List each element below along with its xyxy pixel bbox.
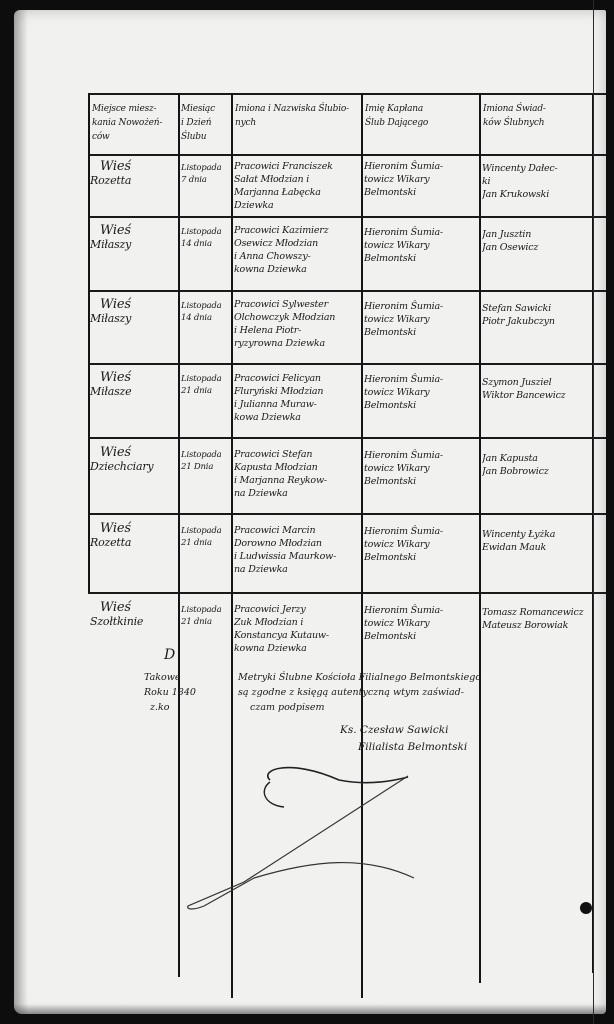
row-6-priest: Hieronim Ŝumia- towicz Wikary Belmontski — [364, 525, 479, 564]
witness-line: Wiktor Bancewicz — [482, 389, 592, 402]
row-6-witnesses: Wincenty Łyżka Ewidan Mauk — [482, 528, 592, 554]
header-witnesses-line: ków Ślubnych — [483, 116, 592, 130]
names-line: kowna Dziewka — [234, 642, 361, 655]
row-4-names: Pracowici Felicyan Fluryński Młodzian i … — [234, 372, 361, 424]
margin-note: Takowe Roku 1840 z.ko — [144, 670, 196, 715]
signature-name: Ks. Czesław Sawicki — [340, 722, 467, 739]
witness-line: Piotr Jakubczyn — [482, 315, 592, 328]
header-place-line: Miejsce miesz- — [92, 102, 178, 116]
priest-line: Belmontski — [364, 399, 479, 412]
witness-line: Stefan Sawicki — [482, 302, 592, 315]
names-line: Zuk Młodzian i — [234, 616, 361, 629]
register-page: Miejsce miesz- kania Nowożeń- ców Miesią… — [14, 10, 606, 1014]
priest-line: Belmontski — [364, 475, 479, 488]
names-line: i Marjanna Reykow- — [234, 474, 361, 487]
names-line: i Ludwissia Maurkow- — [234, 550, 361, 563]
priest-line: Belmontski — [364, 186, 479, 199]
row-7-names: Pracowici Jerzy Zuk Młodzian i Konstancy… — [234, 603, 361, 655]
row-divider-2 — [88, 290, 606, 292]
date-month: Listopada — [181, 300, 231, 312]
header-names-line: Imiona i Nazwiska Ślubio- — [235, 102, 361, 116]
header-place: Miejsce miesz- kania Nowożeń- ców — [92, 102, 178, 144]
names-line: na Dziewka — [234, 563, 361, 576]
date-day: 21 dnia — [181, 616, 231, 628]
priest-line: Belmontski — [364, 551, 479, 564]
witness-line: Wincenty Łyżka — [482, 528, 592, 541]
row-5-priest: Hieronim Ŝumia- towicz Wikary Belmontski — [364, 449, 479, 488]
place-village-name: Miłasze — [90, 385, 178, 399]
names-line: Dziewka — [234, 199, 361, 212]
names-line: Osewicz Młodzian — [234, 237, 361, 250]
priest-line: Belmontski — [364, 252, 479, 265]
margin-initial: D — [164, 648, 175, 663]
names-line: Pracowici Franciszek — [234, 160, 361, 173]
attestation-line: czam podpisem — [238, 700, 481, 715]
priest-line: Hieronim Ŝumia- — [364, 525, 479, 538]
witness-line: Wincenty Dałec- — [482, 162, 592, 175]
names-line: ryzyrowna Dziewka — [234, 337, 361, 350]
row-5-place: Wieś Dziechciary — [90, 445, 178, 474]
row-1-priest: Hieronim Ŝumia- towicz Wikary Belmontski — [364, 160, 479, 199]
priest-line: towicz Wikary — [364, 617, 479, 630]
row-6-date: Listopada 21 dnia — [181, 525, 231, 549]
names-line: Kapusta Młodzian — [234, 461, 361, 474]
table-top-border — [88, 93, 606, 95]
priest-line: towicz Wikary — [364, 239, 479, 252]
row-1-date: Listopada 7 dnia — [181, 162, 231, 186]
row-5-date: Listopada 21 Dnia — [181, 449, 231, 473]
column-border-4 — [479, 93, 481, 983]
priest-line: Hieronim Ŝumia- — [364, 160, 479, 173]
row-2-date: Listopada 14 dnia — [181, 226, 231, 250]
row-3-priest: Hieronim Ŝumia- towicz Wikary Belmontski — [364, 300, 479, 339]
row-1-witnesses: Wincenty Dałec- ki Jan Krukowski — [482, 162, 592, 201]
row-5-names: Pracowici Stefan Kapusta Młodzian i Marj… — [234, 448, 361, 500]
place-village-label: Wieś — [90, 521, 178, 536]
header-bottom-border — [88, 154, 606, 156]
place-village-name: Dziechciary — [90, 460, 178, 474]
place-village-label: Wieś — [90, 600, 178, 615]
place-village-label: Wieś — [90, 223, 178, 238]
names-line: Pracowici Marcin — [234, 524, 361, 537]
row-2-priest: Hieronim Ŝumia- towicz Wikary Belmontski — [364, 226, 479, 265]
row-3-date: Listopada 14 dnia — [181, 300, 231, 324]
header-date: Miesiąc i Dzień Ślubu — [181, 102, 231, 144]
priest-line: Belmontski — [364, 630, 479, 643]
names-line: Dorowno Młodzian — [234, 537, 361, 550]
attestation-text: Metryki Ślubne Kościoła Filialnego Belmo… — [238, 670, 481, 715]
priest-line: Hieronim Ŝumia- — [364, 373, 479, 386]
header-names: Imiona i Nazwiska Ślubio- nych — [235, 102, 361, 130]
priest-line: Hieronim Ŝumia- — [364, 300, 479, 313]
header-witnesses-line: Imiona Świad- — [483, 102, 592, 116]
date-month: Listopada — [181, 525, 231, 537]
row-4-witnesses: Szymon Jusziel Wiktor Bancewicz — [482, 376, 592, 402]
row-4-date: Listopada 21 dnia — [181, 373, 231, 397]
priest-line: Hieronim Ŝumia- — [364, 604, 479, 617]
place-village-label: Wieś — [90, 370, 178, 385]
header-witnesses: Imiona Świad- ków Ślubnych — [483, 102, 592, 130]
row-3-place: Wieś Miłaszy — [90, 297, 178, 326]
date-day: 21 Dnia — [181, 461, 231, 473]
names-line: Sałat Młodzian i — [234, 173, 361, 186]
names-line: Pracowici Felicyan — [234, 372, 361, 385]
names-line: Pracowici Jerzy — [234, 603, 361, 616]
date-month: Listopada — [181, 373, 231, 385]
header-place-line: ców — [92, 130, 178, 144]
row-divider-3 — [88, 363, 606, 365]
header-priest: Imię Kapłana Ślub Dającego — [365, 102, 479, 130]
header-priest-line: Imię Kapłana — [365, 102, 479, 116]
row-6-place: Wieś Rozetta — [90, 521, 178, 550]
names-line: na Dziewka — [234, 487, 361, 500]
witness-line: Jan Kapusta — [482, 452, 592, 465]
names-line: kowa Dziewka — [234, 411, 361, 424]
date-day: 21 dnia — [181, 385, 231, 397]
witness-line: Szymon Jusziel — [482, 376, 592, 389]
date-month: Listopada — [181, 449, 231, 461]
priest-line: towicz Wikary — [364, 173, 479, 186]
row-2-names: Pracowici Kazimierz Osewicz Młodzian i A… — [234, 224, 361, 276]
witness-line: Jan Krukowski — [482, 188, 592, 201]
row-7-priest: Hieronim Ŝumia- towicz Wikary Belmontski — [364, 604, 479, 643]
place-village-name: Miłaszy — [90, 238, 178, 252]
names-line: Pracowici Kazimierz — [234, 224, 361, 237]
margin-note-line: Takowe — [144, 670, 196, 685]
place-village-name: Rozetta — [90, 174, 178, 188]
row-divider-6 — [88, 592, 606, 594]
row-3-witnesses: Stefan Sawicki Piotr Jakubczyn — [482, 302, 592, 328]
date-day: 14 dnia — [181, 312, 231, 324]
names-line: Olchowczyk Młodzian — [234, 311, 361, 324]
header-place-line: kania Nowożeń- — [92, 116, 178, 130]
place-village-name: Rozetta — [90, 536, 178, 550]
page-edge-rule — [593, 0, 594, 1024]
names-line: Konstancya Kutauw- — [234, 629, 361, 642]
date-month: Listopada — [181, 226, 231, 238]
header-date-line: Miesiąc — [181, 102, 231, 116]
header-date-line: i Dzień — [181, 116, 231, 130]
punch-hole-top — [580, 902, 592, 914]
header-priest-line: Ślub Dającego — [365, 116, 479, 130]
names-line: Pracowici Sylwester — [234, 298, 361, 311]
names-line: Marjanna Łabęcka — [234, 186, 361, 199]
date-month: Listopada — [181, 604, 231, 616]
witness-line: Ewidan Mauk — [482, 541, 592, 554]
margin-note-line: Roku 1840 — [144, 685, 196, 700]
names-line: i Julianna Muraw- — [234, 398, 361, 411]
signature: Ks. Czesław Sawicki Filialista Belmontsk… — [340, 722, 467, 756]
row-2-witnesses: Jan Jusztin Jan Osewicz — [482, 228, 592, 254]
priest-line: towicz Wikary — [364, 462, 479, 475]
date-month: Listopada — [181, 162, 231, 174]
row-7-witnesses: Tomasz Romancewicz Mateusz Borowiak — [482, 606, 592, 632]
witness-line: ki — [482, 175, 592, 188]
names-line: Fluryński Młodzian — [234, 385, 361, 398]
place-village-label: Wieś — [90, 297, 178, 312]
names-line: i Anna Chowszy- — [234, 250, 361, 263]
priest-line: Hieronim Ŝumia- — [364, 449, 479, 462]
row-7-date: Listopada 21 dnia — [181, 604, 231, 628]
place-village-name: Miłaszy — [90, 312, 178, 326]
names-line: i Helena Piotr- — [234, 324, 361, 337]
names-line: Pracowici Stefan — [234, 448, 361, 461]
header-names-line: nych — [235, 116, 361, 130]
row-4-priest: Hieronim Ŝumia- towicz Wikary Belmontski — [364, 373, 479, 412]
row-6-names: Pracowici Marcin Dorowno Młodzian i Ludw… — [234, 524, 361, 576]
row-2-place: Wieś Miłaszy — [90, 223, 178, 252]
names-line: kowna Dziewka — [234, 263, 361, 276]
priest-line: Hieronim Ŝumia- — [364, 226, 479, 239]
row-divider-1 — [88, 216, 606, 218]
row-divider-4 — [88, 437, 606, 439]
row-1-place: Wieś Rozetta — [90, 159, 178, 188]
attestation-line: Metryki Ślubne Kościoła Filialnego Belmo… — [238, 670, 481, 685]
place-village-label: Wieś — [90, 159, 178, 174]
row-5-witnesses: Jan Kapusta Jan Bobrowicz — [482, 452, 592, 478]
witness-line: Tomasz Romancewicz — [482, 606, 592, 619]
date-day: 21 dnia — [181, 537, 231, 549]
priest-line: towicz Wikary — [364, 538, 479, 551]
row-1-names: Pracowici Franciszek Sałat Młodzian i Ma… — [234, 160, 361, 212]
row-4-place: Wieś Miłasze — [90, 370, 178, 399]
priest-line: towicz Wikary — [364, 313, 479, 326]
date-day: 7 dnia — [181, 174, 231, 186]
witness-line: Mateusz Borowiak — [482, 619, 592, 632]
witness-line: Jan Bobrowicz — [482, 465, 592, 478]
date-day: 14 dnia — [181, 238, 231, 250]
place-village-label: Wieś — [90, 445, 178, 460]
row-7-place: Wieś Szołtkinie — [90, 600, 178, 629]
row-divider-5 — [88, 513, 606, 515]
place-village-name: Szołtkinie — [90, 615, 178, 629]
row-3-names: Pracowici Sylwester Olchowczyk Młodzian … — [234, 298, 361, 350]
pen-flourish-mark — [164, 760, 424, 920]
witness-line: Jan Osewicz — [482, 241, 592, 254]
margin-note-line: z.ko — [144, 700, 196, 715]
attestation-line: są zgodne z księgą autentyczną wtym zaśw… — [238, 685, 481, 700]
priest-line: Belmontski — [364, 326, 479, 339]
witness-line: Jan Jusztin — [482, 228, 592, 241]
header-date-line: Ślubu — [181, 130, 231, 144]
signature-title: Filialista Belmontski — [340, 739, 467, 756]
priest-line: towicz Wikary — [364, 386, 479, 399]
